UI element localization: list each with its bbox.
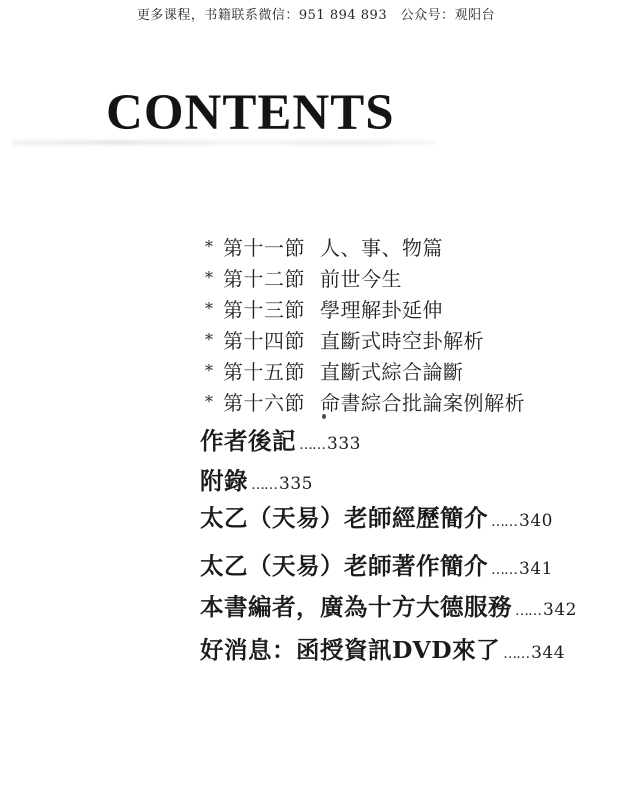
section-label: 第十三節	[223, 294, 320, 323]
dot-leader: ……	[515, 598, 541, 624]
entry-row: 好消息：函授資訊DVD來了 …… 344	[200, 637, 565, 667]
stray-dot-artifact	[322, 414, 326, 419]
entry-title: 太乙（天易）老師著作簡介	[200, 553, 488, 579]
page-title: CONTENTS	[106, 88, 395, 139]
asterisk-marker: *	[205, 237, 223, 256]
entry-row: 附錄 …… 335	[200, 468, 313, 498]
entry-row: 太乙（天易）老師著作簡介 …… 341	[200, 553, 553, 583]
section-row: * 第十四節 直斷式時空卦解析	[205, 324, 525, 355]
page-number: 344	[531, 640, 565, 666]
section-list: * 第十一節 人、事、物篇 * 第十二節 前世今生 * 第十三節 學理解卦延伸 …	[205, 231, 525, 417]
section-row: * 第十六節 命書綜合批論案例解析	[205, 386, 525, 417]
entry-title: 太乙（天易）老師經歷簡介	[200, 505, 488, 531]
entry-row: 作者後記 …… 333	[200, 428, 361, 458]
section-row: * 第十三節 學理解卦延伸	[205, 293, 525, 324]
scan-smudge-artifact	[12, 140, 437, 145]
toc-page: 更多课程，书籍联系微信：951 894 893 公众号：观阳台 CONTENTS…	[0, 0, 632, 810]
entry-row: 本書編者，廣為十方大德服務 …… 342	[200, 594, 577, 624]
section-title: 人、事、物篇	[320, 232, 443, 261]
section-title: 直斷式綜合論斷	[320, 356, 464, 385]
entry-title: 本書編者，廣為十方大德服務	[200, 594, 512, 620]
section-label: 第十二節	[223, 263, 320, 292]
section-title: 命書綜合批論案例解析	[320, 387, 525, 416]
dot-leader: ……	[491, 557, 517, 583]
section-label: 第十六節	[223, 387, 320, 416]
entry-title: 附錄	[200, 468, 248, 494]
section-row: * 第十五節 直斷式綜合論斷	[205, 355, 525, 386]
asterisk-marker: *	[205, 330, 223, 349]
page-number: 342	[543, 597, 577, 623]
section-row: * 第十一節 人、事、物篇	[205, 231, 525, 262]
section-title: 前世今生	[320, 263, 402, 292]
section-row: * 第十二節 前世今生	[205, 262, 525, 293]
page-number: 341	[519, 556, 553, 582]
asterisk-marker: *	[205, 299, 223, 318]
page-number: 335	[279, 471, 313, 497]
asterisk-marker: *	[205, 361, 223, 380]
asterisk-marker: *	[205, 268, 223, 287]
header-note: 更多课程，书籍联系微信：951 894 893 公众号：观阳台	[0, 4, 632, 23]
asterisk-marker: *	[205, 392, 223, 411]
page-number: 340	[519, 508, 553, 534]
entry-row: 太乙（天易）老師經歷簡介 …… 340	[200, 505, 553, 535]
section-label: 第十五節	[223, 356, 320, 385]
dot-leader: ……	[503, 641, 529, 667]
dot-leader: ……	[251, 472, 277, 498]
section-title: 學理解卦延伸	[320, 294, 443, 323]
section-label: 第十一節	[223, 232, 320, 261]
section-label: 第十四節	[223, 325, 320, 354]
section-title: 直斷式時空卦解析	[320, 325, 484, 354]
dot-leader: ……	[491, 509, 517, 535]
entry-title: 好消息：函授資訊DVD來了	[200, 637, 500, 663]
dot-leader: ……	[299, 432, 325, 458]
entry-title: 作者後記	[200, 428, 296, 454]
page-number: 333	[327, 431, 361, 457]
